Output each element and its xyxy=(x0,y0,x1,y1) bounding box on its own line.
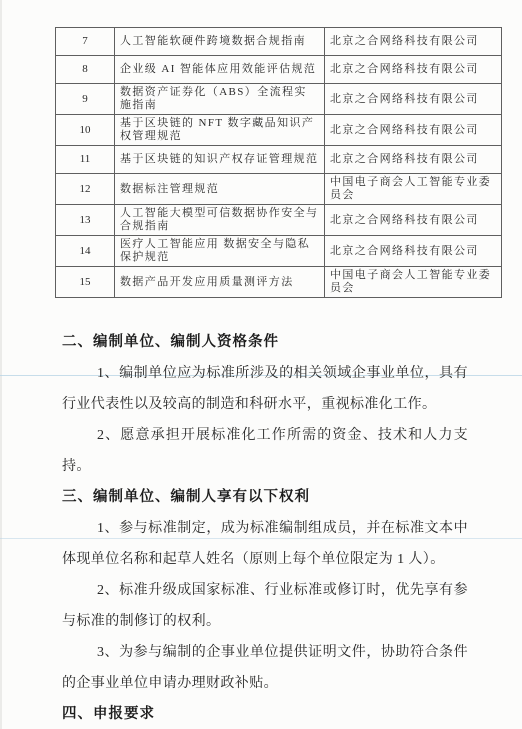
org-name-cell: 北京之合网络科技有限公司 xyxy=(325,205,502,236)
standard-name-cell: 人工智能软硬件跨境数据合规指南 xyxy=(115,28,325,56)
org-name-cell: 中国电子商会人工智能专业委员会 xyxy=(325,174,502,205)
row-number: 8 xyxy=(56,56,115,84)
table-row: 7人工智能软硬件跨境数据合规指南北京之合网络科技有限公司 xyxy=(56,28,502,56)
table-row: 11基于区块链的知识产权存证管理规范北京之合网络科技有限公司 xyxy=(56,146,502,174)
standard-name-cell: 人工智能大模型可信数据协作安全与合规指南 xyxy=(115,205,325,236)
table-row: 9数据资产证券化（ABS）全流程实施指南北京之合网络科技有限公司 xyxy=(56,84,502,115)
table-row: 10基于区块链的 NFT 数字藏品知识产权管理规范北京之合网络科技有限公司 xyxy=(56,115,502,146)
standards-table-body: 7人工智能软硬件跨境数据合规指南北京之合网络科技有限公司8企业级 AI 智能体应… xyxy=(56,28,502,298)
standard-name-cell: 数据标注管理规范 xyxy=(115,174,325,205)
table-row: 15数据产品开发应用质量测评方法中国电子商会人工智能专业委员会 xyxy=(56,267,502,298)
paragraph: 2、愿意承担开展标准化工作所需的资金、技术和人力支持。 xyxy=(62,420,468,482)
standard-name-cell: 医疗人工智能应用 数据安全与隐私保护规范 xyxy=(115,236,325,267)
org-name-cell: 北京之合网络科技有限公司 xyxy=(325,236,502,267)
table-row: 12数据标注管理规范中国电子商会人工智能专业委员会 xyxy=(56,174,502,205)
org-name-cell: 北京之合网络科技有限公司 xyxy=(325,115,502,146)
section-heading: 四、申报要求 xyxy=(62,699,468,729)
table-row: 13人工智能大模型可信数据协作安全与合规指南北京之合网络科技有限公司 xyxy=(56,205,502,236)
row-number: 9 xyxy=(56,84,115,115)
section-heading: 二、编制单位、编制人资格条件 xyxy=(62,327,468,358)
standard-name-cell: 基于区块链的 NFT 数字藏品知识产权管理规范 xyxy=(115,115,325,146)
org-name-cell: 中国电子商会人工智能专业委员会 xyxy=(325,267,502,298)
paragraph: 1、参与标准制定，成为标准编制组成员，并在标准文本中体现单位名称和起草人姓名（原… xyxy=(62,513,468,575)
row-number: 12 xyxy=(56,174,115,205)
row-number: 13 xyxy=(56,205,115,236)
org-name-cell: 北京之合网络科技有限公司 xyxy=(325,56,502,84)
standard-name-cell: 数据资产证券化（ABS）全流程实施指南 xyxy=(115,84,325,115)
row-number: 7 xyxy=(56,28,115,56)
document-page: 7人工智能软硬件跨境数据合规指南北京之合网络科技有限公司8企业级 AI 智能体应… xyxy=(0,0,522,729)
document-body: 二、编制单位、编制人资格条件1、编制单位应为标准所涉及的相关领域企事业单位，具有… xyxy=(62,327,468,729)
table-row: 8企业级 AI 智能体应用效能评估规范北京之合网络科技有限公司 xyxy=(56,56,502,84)
paragraph: 3、为参与编制的企事业单位提供证明文件，协助符合条件的企事业单位申请办理财政补贴… xyxy=(62,637,468,699)
paragraph: 1、编制单位应为标准所涉及的相关领域企事业单位，具有行业代表性以及较高的制造和科… xyxy=(62,358,468,420)
row-number: 15 xyxy=(56,267,115,298)
standards-table: 7人工智能软硬件跨境数据合规指南北京之合网络科技有限公司8企业级 AI 智能体应… xyxy=(55,27,502,298)
table-row: 14医疗人工智能应用 数据安全与隐私保护规范北京之合网络科技有限公司 xyxy=(56,236,502,267)
section-heading: 三、编制单位、编制人享有以下权利 xyxy=(62,482,468,513)
paragraph: 2、标准升级成国家标准、行业标准或修订时，优先享有参与标准的制修订的权利。 xyxy=(62,575,468,637)
scan-edge-artifact xyxy=(0,0,2,729)
row-number: 11 xyxy=(56,146,115,174)
org-name-cell: 北京之合网络科技有限公司 xyxy=(325,146,502,174)
org-name-cell: 北京之合网络科技有限公司 xyxy=(325,84,502,115)
standard-name-cell: 基于区块链的知识产权存证管理规范 xyxy=(115,146,325,174)
standard-name-cell: 企业级 AI 智能体应用效能评估规范 xyxy=(115,56,325,84)
row-number: 10 xyxy=(56,115,115,146)
row-number: 14 xyxy=(56,236,115,267)
org-name-cell: 北京之合网络科技有限公司 xyxy=(325,28,502,56)
standard-name-cell: 数据产品开发应用质量测评方法 xyxy=(115,267,325,298)
